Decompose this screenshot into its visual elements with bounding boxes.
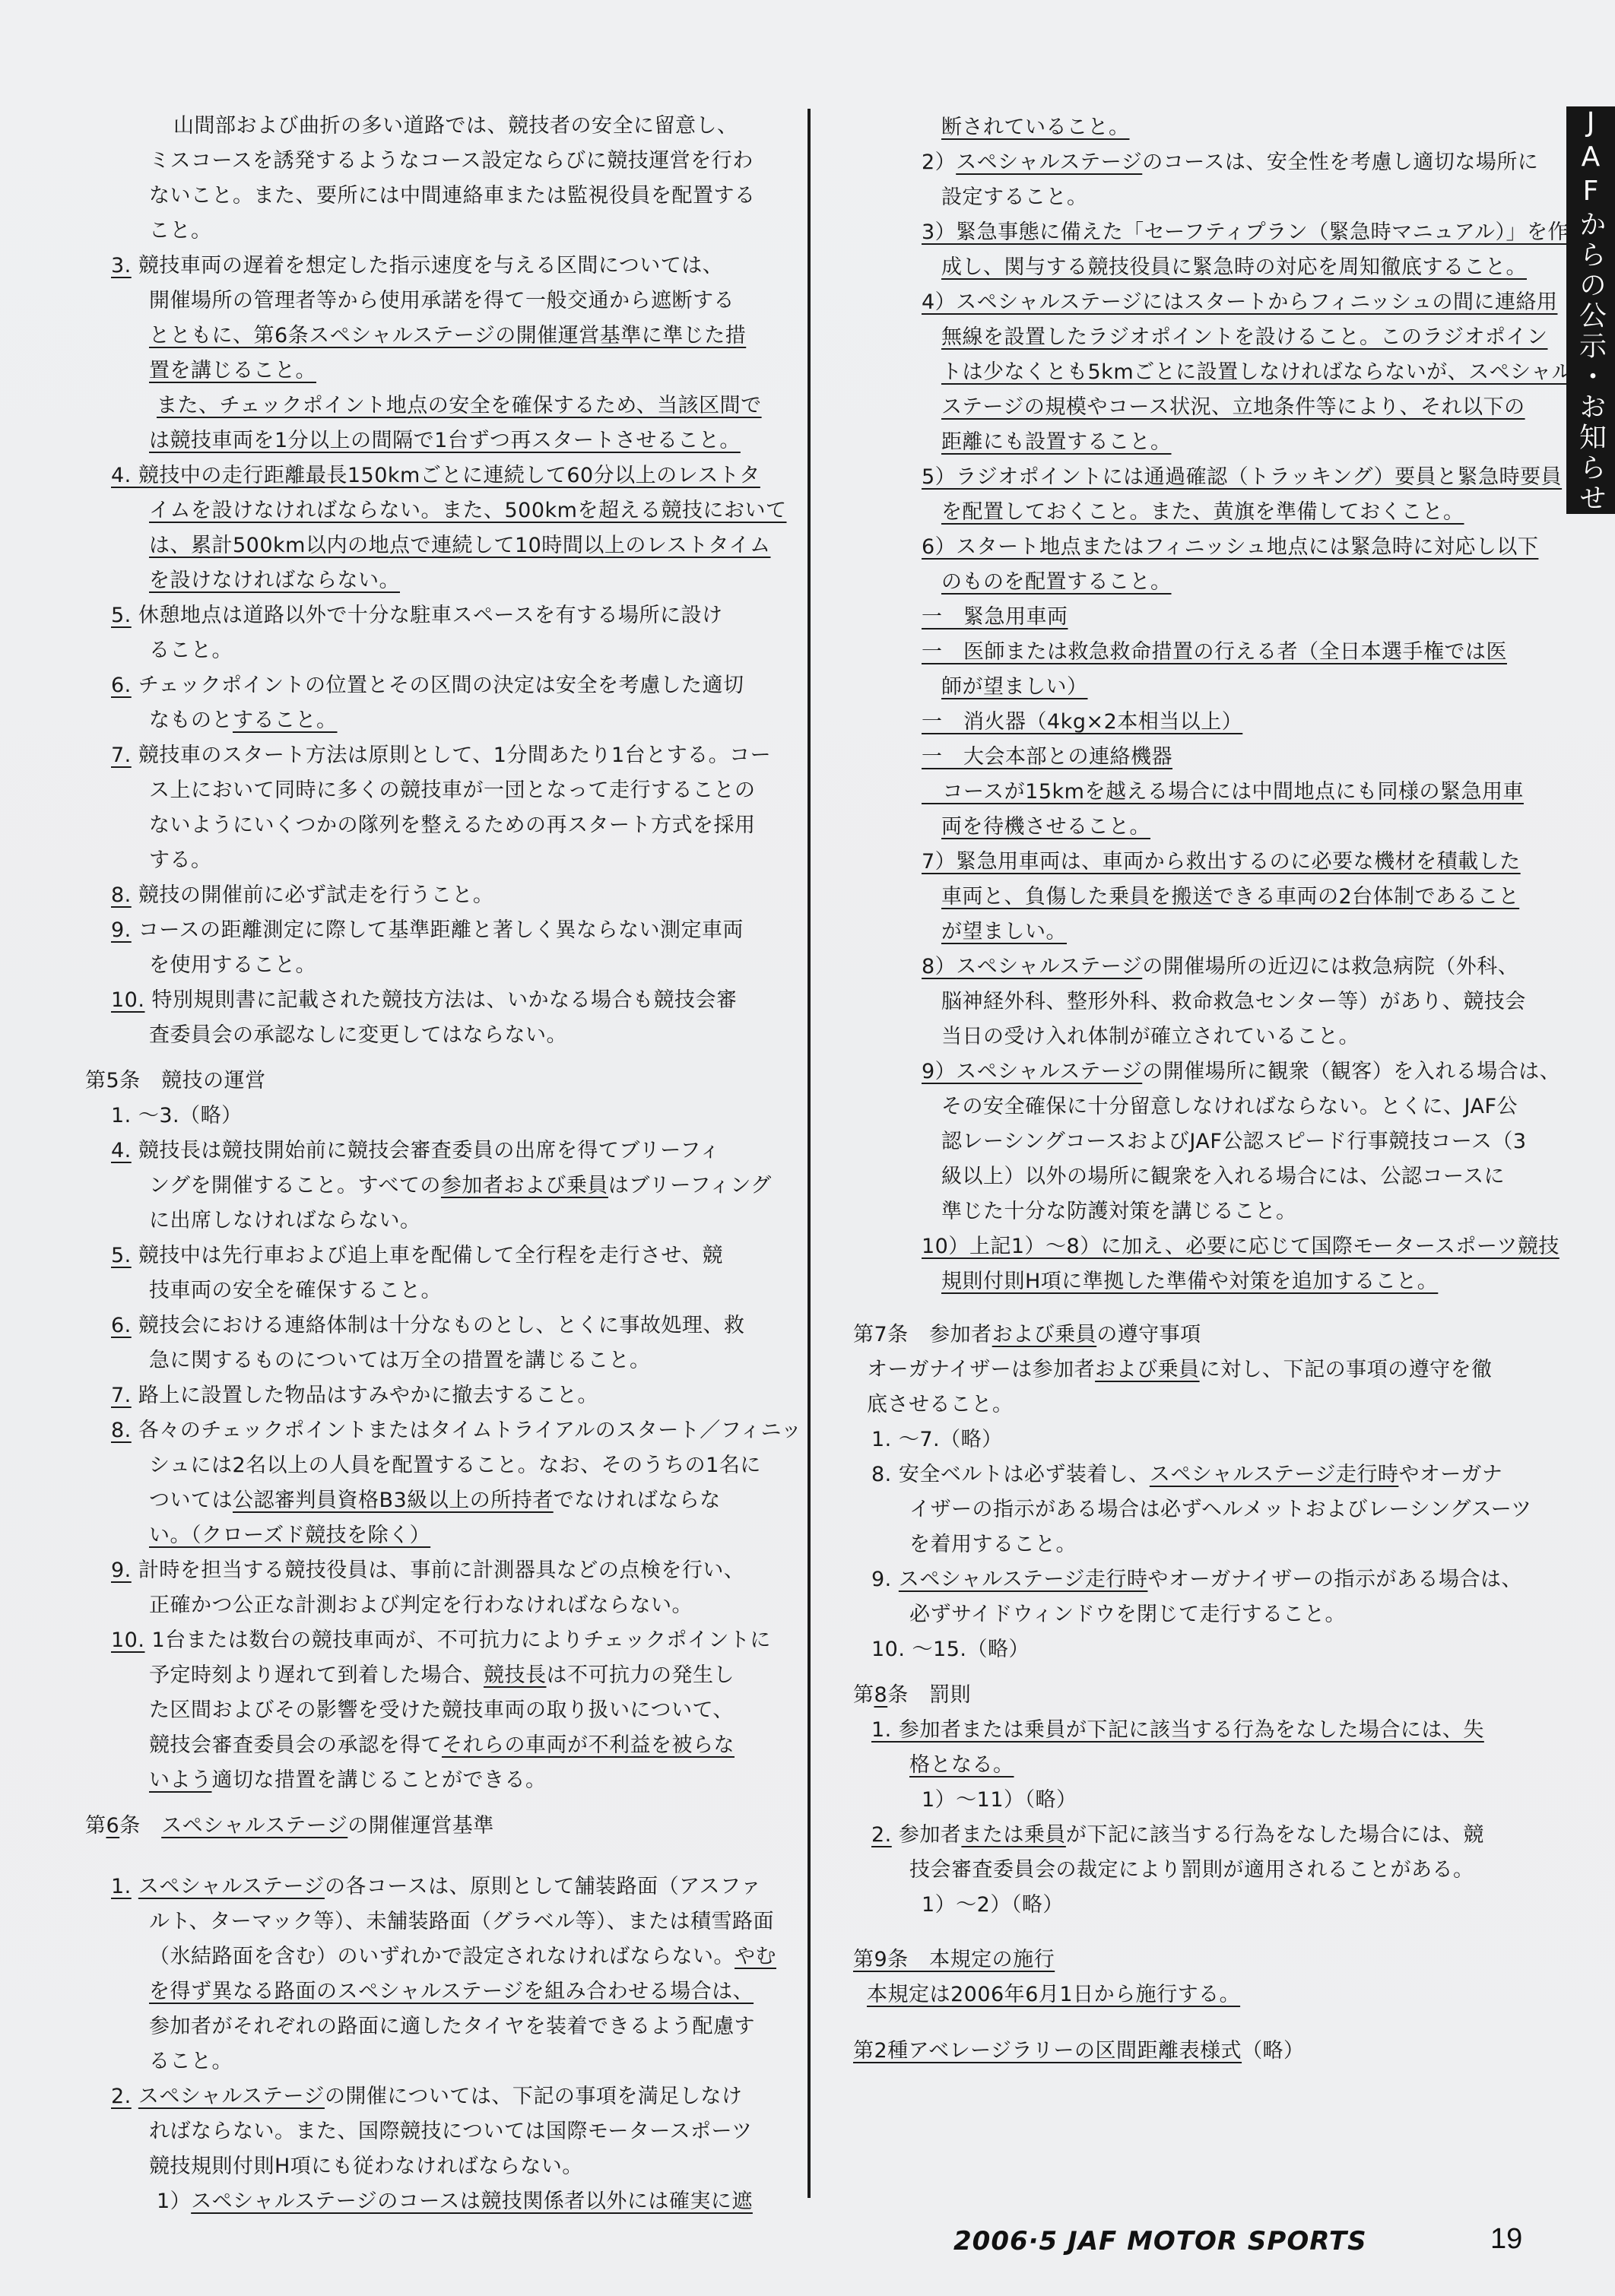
underlined-amendment: すること。	[233, 709, 338, 732]
article-heading: 第5条 競技の運営	[85, 1067, 266, 1095]
text-segment: た区間およびその影響を受けた競技車両の取り扱いについて、	[149, 1698, 734, 1722]
text-segment: 1. ～7.（略）	[871, 1428, 1003, 1451]
text-line: ルト、ターマック等）、未舗装路面（グラベル等）、または積雪路面	[149, 1908, 774, 1936]
text-segment: に出席しなければならない。	[149, 1209, 421, 1232]
text-segment: の開催場所の近辺には救急病院（外科、	[1142, 955, 1518, 978]
text-line: ついては公認審判員資格B3級以上の所持者でなければならな	[149, 1487, 721, 1514]
text-line: ないこと。また、要所には中間連絡車または監視役員を配置する	[149, 182, 756, 210]
text-line: 両を待機させること。	[941, 813, 1150, 841]
text-line: 2. 参加者または乗員が下記に該当する行為をなした場合には、競	[871, 1822, 1484, 1849]
underlined-amendment: 9.	[111, 1559, 132, 1582]
underlined-amendment: 一 緊急用車両	[922, 605, 1068, 629]
text-line: 一 医師または救急救命措置の行える者（全日本選手権では医	[922, 639, 1507, 666]
text-segment: 第7条 参加者	[853, 1323, 992, 1346]
text-segment: やオーガナイザーの指示がある場合は、	[1147, 1568, 1522, 1591]
text-line: 急に関するものについては万全の措置を講じること。	[149, 1347, 650, 1375]
text-segment: 参加者	[892, 1823, 962, 1847]
text-segment: 第	[853, 1683, 874, 1707]
text-line: 1. 参加者または乗員が下記に該当する行為をなした場合には、失	[871, 1717, 1484, 1744]
underlined-amendment: が望ましい。	[941, 920, 1067, 943]
text-segment: でなければならな	[554, 1489, 721, 1512]
text-line: （氷結路面を含む）のいずれかで設定されなければならない。やむ	[149, 1943, 776, 1971]
text-line: を設けなければならない。	[149, 567, 400, 595]
text-segment: に対し、下記の事項の遵守を徹	[1200, 1358, 1493, 1381]
text-segment: 各々のチェックポイントまたはタイムトライアルのスタート／フィニッ	[132, 1419, 802, 1442]
text-line: 無線を設置したラジオポイントを設けること。このラジオポイン	[941, 324, 1548, 351]
text-line: ないようにいくつかの隊列を整えるための再スタート方式を採用	[149, 812, 756, 839]
text-segment	[132, 2085, 138, 2108]
text-line: 級以上）以外の場所に観衆を入れる場合には、公認コースに	[941, 1163, 1505, 1191]
text-line: 必ずサイドウィンドウを閉じて走行すること。	[909, 1601, 1346, 1628]
text-line: 技会審査委員会の裁定により罰則が適用されることがある。	[909, 1857, 1474, 1884]
text-segment: （氷結路面を含む）のいずれかで設定されなければならない。	[149, 1945, 735, 1968]
text-segment: 適切な措置を講じることができる。	[212, 1768, 547, 1792]
text-line: 参加者がそれぞれの路面に適したタイヤを装着できるよう配慮す	[149, 2013, 755, 2041]
text-segment: 査委員会の承認なしに変更してはならない。	[149, 1023, 567, 1047]
text-segment: ればならない。また、国際競技については国際モータースポーツ	[149, 2120, 752, 2143]
text-line: を得ず異なる路面のスペシャルステージを組み合わせる場合は、	[149, 1978, 754, 2006]
text-segment: の開催については、下記の事項を満足しなけ	[325, 2085, 742, 2108]
text-line: オーガナイザーは参加者および乗員に対し、下記の事項の遵守を徹	[867, 1356, 1493, 1384]
text-line: 脳神経外科、整形外科、救命救急センター等）があり、競技会	[941, 988, 1526, 1016]
text-line: 規則付則H項に準拠した準備や対策を追加すること。	[941, 1268, 1438, 1295]
text-line: を使用すること。	[149, 952, 316, 979]
text-segment: ルト、ターマック等）、未舗装路面（グラベル等）、または積雪路面	[149, 1910, 774, 1933]
text-segment: 正確かつ公正な計測および判定を行わなければならない。	[149, 1594, 693, 1617]
text-line: 1. スペシャルステージの各コースは、原則として舗装路面（アスファ	[111, 1873, 761, 1901]
text-line: 成し、関与する競技役員に緊急時の対応を周知徹底すること。	[941, 254, 1527, 281]
underlined-amendment: 6	[106, 1814, 120, 1838]
text-line: ステージの規模やコース状況、立地条件等により、それ以下の	[941, 394, 1525, 421]
underlined-amendment: 8	[874, 1683, 888, 1707]
text-line: とともに、第6条スペシャルステージの開催運営基準に準じた措	[149, 322, 746, 350]
text-line: 8. 安全ベルトは必ず装着し、スペシャルステージ走行時やオーガナ	[871, 1461, 1502, 1489]
text-segment: 技会審査委員会の裁定により罰則が適用されることがある。	[909, 1858, 1474, 1882]
underlined-amendment: 第9条 本規定の施行	[853, 1948, 1055, 1971]
text-segment: 設定すること。	[941, 186, 1088, 209]
underlined-amendment: 6.	[111, 1314, 132, 1337]
text-line: 4）スペシャルステージにはスタートからフィニッシュの間に連絡用	[922, 289, 1557, 316]
underlined-amendment: スペシャルステージ	[956, 955, 1142, 978]
text-line: を配置しておくこと。また、黄旗を準備しておくこと。	[941, 499, 1464, 526]
article-heading: 第8条 罰則	[853, 1682, 971, 1709]
text-segment: 準じた十分な防護対策を講じること。	[941, 1200, 1297, 1223]
text-line: 8）スペシャルステージの開催場所の近辺には救急病院（外科、	[922, 953, 1518, 981]
underlined-amendment: 一 消火器（4kg×2本相当以上）	[922, 710, 1242, 734]
text-segment: オーガナイザーは参加者	[867, 1358, 1095, 1381]
text-segment: ないこと。また、要所には中間連絡車または監視役員を配置する	[149, 184, 756, 208]
page-number: 19	[1490, 2223, 1522, 2256]
underlined-amendment: 5.	[111, 1244, 132, 1267]
article-heading: 第9条 本規定の施行	[853, 1946, 1055, 1974]
text-segment: チェックポイントの位置とその区間の決定は安全を考慮した適切	[132, 674, 744, 697]
text-line: 山間部および曲折の多い道路では、競技者の安全に留意し、	[173, 113, 738, 140]
underlined-amendment: スペシャルステージ走行時	[1150, 1463, 1399, 1486]
text-line: 10. ～15.（略）	[871, 1636, 1030, 1663]
text-segment: 山間部および曲折の多い道路では、競技者の安全に留意し、	[173, 114, 738, 138]
text-segment: 条	[119, 1814, 161, 1838]
text-line: その安全確保に十分留意しなければならない。とくに、JAF公	[941, 1093, 1518, 1121]
underlined-amendment: トは少なくとも5kmごとに設置しなければならないが、スペシャル	[941, 360, 1572, 384]
text-segment: 競技車のスタート方法は原則として、1分間あたり1台とする。コー	[132, 744, 771, 767]
text-line: 7）緊急用車両は、車両から救出するのに必要な機材を積載した	[922, 848, 1521, 876]
text-segment: 競技長は競技開始前に競技会審査委員の出席を得てブリーフィ	[132, 1139, 721, 1162]
article-heading: 第7条 参加者および乗員の遵守事項	[853, 1321, 1201, 1349]
text-line: 8. 競技の開催前に必ず試走を行うこと。	[111, 882, 493, 909]
underlined-amendment: 断されていること。	[941, 116, 1130, 139]
text-segment: 条 罰則	[887, 1683, 971, 1707]
text-line: が望ましい。	[941, 918, 1067, 946]
underlined-amendment: 一 医師または救急救命措置の行える者（全日本選手権では医	[922, 640, 1507, 664]
underlined-amendment: 無線を設置したラジオポイントを設けること。このラジオポイン	[941, 325, 1548, 349]
text-line: 師が望ましい）	[941, 674, 1088, 701]
underlined-amendment: 4.	[111, 1139, 132, 1162]
underlined-amendment: いよう	[149, 1768, 212, 1792]
text-line: ングを開催すること。すべての参加者および乗員はブリーフィング	[149, 1172, 772, 1200]
underlined-amendment: い。（クローズド競技を除く）	[149, 1524, 430, 1547]
section-side-tab: JAFからの公示・お知らせ	[1566, 106, 1615, 514]
text-line: ること。	[149, 2048, 233, 2076]
text-line: 10）上記1）～8）に加え、必要に応じて国際モータースポーツ競技	[922, 1233, 1559, 1261]
underlined-amendment: イムを設けなければならない。また、500kmを超える競技において	[149, 499, 786, 522]
underlined-amendment: 7.	[111, 1384, 132, 1407]
text-line: 8. 各々のチェックポイントまたはタイムトライアルのスタート／フィニッ	[111, 1417, 802, 1445]
text-line: 4. 競技長は競技開始前に競技会審査委員の出席を得てブリーフィ	[111, 1137, 720, 1165]
text-segment: 競技の開催前に必ず試走を行うこと。	[132, 883, 494, 907]
underlined-amendment: 3.	[111, 254, 132, 277]
text-line: 置を講じること。	[149, 357, 316, 385]
side-tab-label: JAFからの公示・お知らせ	[1572, 107, 1610, 514]
underlined-amendment: 10）上記1）～8）に加え、必要に応じて国際モータースポーツ競技	[922, 1235, 1559, 1258]
text-line: する。	[149, 847, 212, 874]
underlined-amendment: は競技車両を1分以上の間隔で1台ずつ再スタートさせること。	[149, 429, 741, 452]
text-segment: ミスコースを誘発するようなコース設定ならびに競技運営を行わ	[149, 149, 754, 173]
text-line: 格となる。	[909, 1752, 1014, 1779]
underlined-amendment: 師が望ましい）	[941, 675, 1088, 699]
text-segment: ついては	[149, 1489, 233, 1512]
text-line: 認レーシングコースおよびJAF公認スピード行事競技コース（3	[941, 1128, 1527, 1156]
text-segment: その安全確保に十分留意しなければならない。とくに、JAF公	[941, 1095, 1518, 1118]
text-line: いよう適切な措置を講じることができる。	[149, 1767, 547, 1794]
text-line: コースが15kmを越える場合には中間地点にも同様の緊急用車	[922, 779, 1524, 806]
underlined-amendment: スペシャルステージ	[138, 2085, 325, 2108]
text-line: 本規定は2006年6月1日から施行する。	[867, 1981, 1240, 2009]
underlined-amendment: 1. 参加者または乗員が下記に該当する行為をなした場合には、失	[871, 1718, 1484, 1742]
text-line: 距離にも設置すること。	[941, 429, 1172, 456]
text-segment: ングを開催すること。すべての	[149, 1174, 441, 1197]
underlined-amendment: または乗員	[961, 1823, 1066, 1847]
underlined-amendment: 成し、関与する競技役員に緊急時の対応を周知徹底すること。	[941, 255, 1527, 279]
text-segment: 底させること。	[867, 1393, 1014, 1416]
underlined-amendment: 3）緊急事態に備えた「セーフティプラン（緊急時マニュアル）」を作	[922, 220, 1569, 244]
underlined-amendment: 2.	[111, 2085, 132, 2108]
underlined-amendment: 公認審判員資格B3級以上の所持者	[233, 1489, 554, 1512]
text-line: 5. 競技中は先行車および追上車を配備して全行程を走行させ、競	[111, 1242, 723, 1270]
text-line: 競技規則付則H項にも従わなければならない。	[149, 2153, 583, 2180]
text-segment: 開催場所の管理者等から使用承諾を得て一般交通から遮断する	[149, 289, 735, 312]
text-segment: 9.	[871, 1568, 899, 1591]
text-segment: 1）	[157, 2190, 191, 2213]
article-heading: 第2種アベレージラリーの区間距離表様式（略）	[853, 2038, 1305, 2065]
underlined-amendment: 7.	[111, 744, 132, 767]
underlined-amendment: また、チェックポイント地点の安全を確保するため、当該区間で	[157, 394, 762, 417]
text-line: を着用すること。	[909, 1531, 1077, 1559]
text-segment: 認レーシングコースおよびJAF公認スピード行事競技コース（3	[941, 1130, 1527, 1153]
text-line: 車両と、負傷した乗員を搬送できる車両の2台体制であること	[941, 883, 1519, 911]
text-segment: 技車両の安全を確保すること。	[149, 1279, 442, 1302]
text-line: ること。	[149, 637, 233, 664]
text-segment: を使用すること。	[149, 953, 316, 977]
text-segment: こと。	[149, 219, 212, 243]
text-segment: コースの距離測定に際して基準距離と著しく異ならない測定車両	[132, 918, 744, 942]
text-line: 1）～2）（略）	[922, 1892, 1064, 1919]
text-line: 9. スペシャルステージ走行時やオーガナイザーの指示がある場合は、	[871, 1566, 1522, 1594]
text-segment: 計時を担当する競技役員は、事前に計測器具などの点検を行い、	[132, 1559, 745, 1582]
article-heading: 第6条 スペシャルステージの開催運営基準	[85, 1812, 494, 1840]
document-page: 山間部および曲折の多い道路では、競技者の安全に留意し、ミスコースを誘発するような…	[0, 0, 1615, 2296]
text-segment: 10. ～15.（略）	[871, 1638, 1030, 1661]
underlined-amendment: 9.	[111, 918, 132, 942]
underlined-amendment: スペシャルステージのコースは競技関係者以外には確実に遮	[191, 2190, 753, 2213]
underlined-amendment: 2.	[871, 1823, 892, 1847]
underlined-amendment: 一 大会本部との連絡機器	[922, 745, 1172, 769]
underlined-amendment: やむ	[735, 1945, 776, 1968]
text-segment: ス上において同時に多くの競技車が一団となって走行することの	[149, 779, 756, 802]
text-line: 一 消火器（4kg×2本相当以上）	[922, 709, 1242, 736]
text-segment: 競技会における連絡体制は十分なものとし、とくに事故処理、救	[132, 1314, 745, 1337]
underlined-amendment: 車両と、負傷した乗員を搬送できる車両の2台体制であること	[941, 885, 1519, 909]
text-segment: が下記に該当する行為をなした場合には、競	[1066, 1823, 1484, 1847]
text-line: 9. コースの距離測定に際して基準距離と著しく異ならない測定車両	[111, 917, 744, 944]
underlined-amendment: 規則付則H項に準拠した準備や対策を追加すること。	[941, 1270, 1438, 1293]
text-segment: 予定時刻より遅れて到着した場合、	[149, 1663, 484, 1687]
text-line: また、チェックポイント地点の安全を確保するため、当該区間で	[157, 392, 762, 420]
text-line: 10. 1台または数台の競技車両が、不可抗力によりチェックポイントに	[111, 1627, 771, 1654]
underlined-amendment: 9）スペシャルステージ	[922, 1060, 1142, 1083]
text-line: 3）緊急事態に備えた「セーフティプラン（緊急時マニュアル）」を作	[922, 219, 1569, 246]
underlined-amendment: を得ず異なる路面のスペシャルステージを組み合わせる場合は、	[149, 1980, 754, 2003]
text-line: 7. 競技車のスタート方法は原則として、1分間あたり1台とする。コー	[111, 742, 771, 769]
underlined-amendment: 格となる。	[909, 1753, 1014, 1777]
text-line: のものを配置すること。	[941, 569, 1172, 596]
underlined-amendment: スペシャルステージ走行時	[899, 1568, 1148, 1591]
text-line: 7. 路上に設置した物品はすみやかに撤去すること。	[111, 1382, 598, 1410]
text-segment: の開催場所に観衆（観客）を入れる場合は、	[1142, 1060, 1560, 1083]
text-segment: （略）	[1242, 2039, 1305, 2063]
text-line: イムを設けなければならない。また、500kmを超える競技において	[149, 497, 786, 525]
text-segment: 級以上）以外の場所に観衆を入れる場合には、公認コースに	[941, 1165, 1505, 1188]
text-segment: 競技車両の遅着を想定した指示速度を与える区間については、	[132, 254, 724, 277]
text-segment: 参加者がそれぞれの路面に適したタイヤを装着できるよう配慮す	[149, 2015, 755, 2038]
underlined-amendment: 8）	[922, 955, 956, 978]
underlined-amendment: および乗員	[992, 1323, 1097, 1346]
text-line: 4. 競技中の走行距離最長150kmごとに連続して60分以上のレストタ	[111, 462, 760, 490]
text-line: ミスコースを誘発するようなコース設定ならびに競技運営を行わ	[149, 147, 754, 175]
text-segment: 当日の受け入れ体制が確立されていること。	[941, 1025, 1360, 1048]
text-line: 6. 競技会における連絡体制は十分なものとし、とくに事故処理、救	[111, 1312, 744, 1340]
text-line: 10. 特別規則書に記載された競技方法は、いかなる場合も競技会審	[111, 987, 738, 1014]
underlined-amendment: とともに、第6条スペシャルステージの開催運営基準に準じた措	[149, 324, 746, 347]
text-line: 当日の受け入れ体制が確立されていること。	[941, 1023, 1360, 1051]
underlined-amendment: 1.	[111, 1875, 132, 1898]
text-segment: 特別規則書に記載された競技方法は、いかなる場合も競技会審	[144, 988, 737, 1012]
text-line: 2）スペシャルステージのコースは、安全性を考慮し適切な場所に	[922, 149, 1538, 176]
text-segment: 1）～2）（略）	[922, 1893, 1064, 1917]
underlined-amendment: 第2種アベレージラリーの区間距離表様式	[853, 2039, 1242, 2063]
text-segment: の各コースは、原則として舗装路面（アスファ	[325, 1875, 762, 1898]
text-line: は、累計500km以内の地点で連続して10時間以上のレストタイム	[149, 532, 770, 560]
underlined-amendment: スペシャルステージ	[138, 1875, 325, 1898]
text-segment: シュには2名以上の人員を配置すること。なお、そのうちの1名に	[149, 1454, 761, 1477]
underlined-amendment: 距離にも設置すること。	[941, 430, 1172, 454]
underlined-amendment: を配置しておくこと。また、黄旗を準備しておくこと。	[941, 500, 1464, 524]
text-line: た区間およびその影響を受けた競技車両の取り扱いについて、	[149, 1697, 734, 1724]
text-line: 1. ～7.（略）	[871, 1426, 1003, 1454]
text-segment: は不可抗力の発生し	[547, 1663, 735, 1687]
underlined-amendment: 4）スペシャルステージにはスタートからフィニッシュの間に連絡用	[922, 290, 1557, 314]
text-segment: はブリーフィング	[608, 1174, 772, 1197]
text-line: 査委員会の承認なしに変更してはならない。	[149, 1022, 567, 1049]
text-segment: やオーガナ	[1398, 1463, 1502, 1486]
text-line: 予定時刻より遅れて到着した場合、競技長は不可抗力の発生し	[149, 1662, 735, 1689]
text-segment: の開催運営基準	[347, 1814, 494, 1838]
text-line: 1. ～3.（略）	[111, 1102, 243, 1130]
underlined-amendment: 6.	[111, 674, 132, 697]
text-line: 正確かつ公正な計測および判定を行わなければならない。	[149, 1592, 693, 1619]
underlined-amendment: それらの車両が不利益を被らな	[442, 1733, 735, 1757]
text-line: 断されていること。	[941, 114, 1130, 141]
text-segment: ること。	[149, 2050, 233, 2073]
text-line: 1）スペシャルステージのコースは競技関係者以外には確実に遮	[157, 2188, 753, 2215]
text-segment: 必ずサイドウィンドウを閉じて走行すること。	[909, 1603, 1346, 1626]
text-line: に出席しなければならない。	[149, 1207, 421, 1235]
text-line: は競技車両を1分以上の間隔で1台ずつ再スタートさせること。	[149, 427, 741, 455]
text-line: 1）～11）（略）	[922, 1787, 1077, 1814]
text-segment: 路上に設置した物品はすみやかに撤去すること。	[132, 1384, 598, 1407]
text-segment: イザーの指示がある場合は必ずヘルメットおよびレーシングスーツ	[909, 1498, 1532, 1521]
text-line: 一 緊急用車両	[922, 604, 1068, 631]
text-line: なものとすること。	[149, 707, 338, 734]
underlined-amendment: 参加者および乗員	[441, 1174, 608, 1197]
text-line: 技車両の安全を確保すること。	[149, 1277, 442, 1305]
text-line: 5. 休憩地点は道路以外で十分な駐車スペースを有する場所に設け	[111, 602, 723, 629]
text-segment: 第5条 競技の運営	[85, 1069, 266, 1093]
text-segment: 競技規則付則H項にも従わなければならない。	[149, 2155, 583, 2178]
text-line: 9. 計時を担当する競技役員は、事前に計測器具などの点検を行い、	[111, 1557, 744, 1584]
text-segment: 1）～11）（略）	[922, 1788, 1077, 1812]
underlined-amendment: 両を待機させること。	[941, 815, 1150, 839]
footer-magazine-title: 2006·5 JAF MOTOR SPORTS	[953, 2226, 1367, 2256]
underlined-amendment: のものを配置すること。	[941, 570, 1172, 594]
text-line: 5）ラジオポイントには通過確認（トラッキング）要員と緊急時要員	[922, 464, 1562, 491]
underlined-amendment: ステージの規模やコース状況、立地条件等により、それ以下の	[941, 395, 1525, 419]
underlined-amendment: は、累計500km以内の地点で連続して10時間以上のレストタイム	[149, 534, 770, 557]
text-segment: ないようにいくつかの隊列を整えるための再スタート方式を採用	[149, 813, 756, 837]
text-segment: 競技中は先行車および追上車を配備して全行程を走行させ、競	[132, 1244, 723, 1267]
text-line: トは少なくとも5kmごとに設置しなければならないが、スペシャル	[941, 359, 1572, 386]
column-divider	[807, 109, 811, 2198]
underlined-amendment: 7）緊急用車両は、車両から救出するのに必要な機材を積載した	[922, 850, 1521, 874]
text-line: ス上において同時に多くの競技車が一団となって走行することの	[149, 777, 756, 804]
text-segment: 2）	[922, 151, 956, 174]
text-line: イザーの指示がある場合は必ずヘルメットおよびレーシングスーツ	[909, 1496, 1532, 1524]
text-segment: 8. 安全ベルトは必ず装着し、	[871, 1463, 1150, 1486]
underlined-amendment: 競技長	[484, 1663, 547, 1687]
text-segment: 急に関するものについては万全の措置を講じること。	[149, 1349, 650, 1372]
text-line: い。（クローズド競技を除く）	[149, 1522, 430, 1549]
text-line: 9）スペシャルステージの開催場所に観衆（観客）を入れる場合は、	[922, 1058, 1560, 1086]
text-segment: 競技会審査委員会の承認を得て	[149, 1733, 442, 1757]
underlined-amendment: 4. 競技中の走行距離最長150kmごとに連続して60分以上のレストタ	[111, 464, 760, 487]
text-segment: ること。	[149, 639, 233, 662]
text-segment: のコースは、安全性を考慮し適切な場所に	[1142, 151, 1538, 174]
underlined-amendment: スペシャルステージ	[956, 151, 1142, 174]
text-line: 設定すること。	[941, 184, 1088, 211]
text-line: 底させること。	[867, 1391, 1014, 1419]
text-line: 開催場所の管理者等から使用承諾を得て一般交通から遮断する	[149, 287, 735, 315]
text-line: 6）スタート地点またはフィニッシュ地点には緊急時に対応し以下	[922, 534, 1538, 561]
underlined-amendment: 置を講じること。	[149, 359, 316, 382]
text-segment: 脳神経外科、整形外科、救命救急センター等）があり、競技会	[941, 990, 1526, 1013]
text-line: 2. スペシャルステージの開催については、下記の事項を満足しなけ	[111, 2083, 742, 2110]
text-segment: 休憩地点は道路以外で十分な駐車スペースを有する場所に設け	[132, 604, 723, 627]
underlined-amendment: 本規定は2006年6月1日から施行する。	[867, 1983, 1240, 2006]
text-line: 一 大会本部との連絡機器	[922, 744, 1172, 771]
underlined-amendment: 8.	[111, 1419, 132, 1442]
text-segment: なものと	[149, 709, 233, 732]
underlined-amendment: 6）スタート地点またはフィニッシュ地点には緊急時に対応し以下	[922, 535, 1538, 559]
text-line: 6. チェックポイントの位置とその区間の決定は安全を考慮した適切	[111, 672, 744, 699]
text-segment: 第	[85, 1814, 106, 1838]
underlined-amendment: コースが15kmを越える場合には中間地点にも同様の緊急用車	[922, 780, 1524, 804]
text-segment: 1台または数台の競技車両が、不可抗力によりチェックポイントに	[144, 1628, 770, 1652]
underlined-amendment: 5.	[111, 604, 132, 627]
text-line: シュには2名以上の人員を配置すること。なお、そのうちの1名に	[149, 1452, 761, 1479]
text-line: ればならない。また、国際競技については国際モータースポーツ	[149, 2118, 752, 2145]
text-segment: を着用すること。	[909, 1533, 1077, 1556]
text-line: 競技会審査委員会の承認を得てそれらの車両が不利益を被らな	[149, 1732, 735, 1759]
text-line: 準じた十分な防護対策を講じること。	[941, 1198, 1297, 1226]
text-segment: の遵守事項	[1096, 1323, 1201, 1346]
text-segment: する。	[149, 848, 212, 872]
text-segment: 1. ～3.（略）	[111, 1104, 243, 1127]
text-line: こと。	[149, 217, 212, 245]
underlined-amendment: 10.	[111, 988, 144, 1012]
underlined-amendment: 10.	[111, 1628, 144, 1652]
text-segment	[132, 1875, 138, 1898]
underlined-amendment: 8.	[111, 883, 132, 907]
underlined-amendment: および乗員	[1095, 1358, 1200, 1381]
underlined-amendment: 5）ラジオポイントには通過確認（トラッキング）要員と緊急時要員	[922, 465, 1562, 489]
underlined-amendment: を設けなければならない。	[149, 569, 400, 592]
text-line: 3. 競技車両の遅着を想定した指示速度を与える区間については、	[111, 252, 723, 280]
underlined-amendment: スペシャルステージ	[161, 1814, 347, 1838]
